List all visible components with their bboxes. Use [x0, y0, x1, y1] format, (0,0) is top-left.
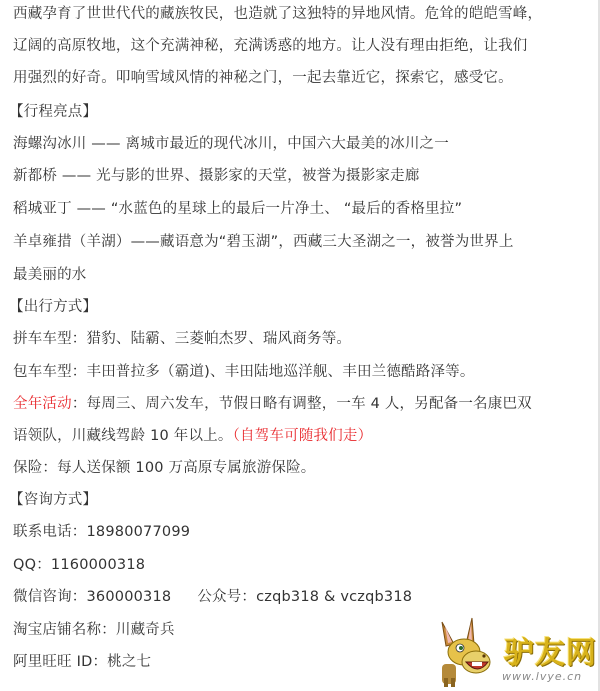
contact-official-account: 公众号：czqb318 & vczqb318 — [197, 589, 412, 605]
contact-wechat-row: 微信咨询：360000318公众号：czqb318 & vczqb318 — [13, 587, 412, 607]
intro-line: 西藏孕育了世世代代的藏族牧民，也造就了这独特的异地风情。危耸的皑皑雪峰， — [13, 4, 542, 24]
watermark-name: 驴友网 — [504, 628, 597, 672]
insurance-info: 保险：每人送保额 100 万高原专属旅游保险。 — [13, 458, 316, 478]
activity-text: ：每周三、周六发车，节假日略有调整，一车 4 人，另配备一名康巴双 — [72, 396, 532, 412]
section-heading-contact: 【咨询方式】 — [9, 490, 97, 510]
highlight-item: 羊卓雍措（羊湖）——藏语意为“碧玉湖”，西藏三大圣湖之一，被誉为世界上 — [13, 232, 514, 252]
highlight-item: 新都桥 —— 光与影的世界、摄影家的天堂，被誉为摄影家走廊 — [13, 166, 420, 186]
document-page: 西藏孕育了世世代代的藏族牧民，也造就了这独特的异地风情。危耸的皑皑雪峰， 辽阔的… — [0, 0, 600, 691]
year-round-activity: 全年活动：每周三、周六发车，节假日略有调整，一车 4 人，另配备一名康巴双 — [13, 394, 532, 414]
highlight-item: 最美丽的水 — [13, 265, 87, 285]
highlight-item: 稻城亚丁 —— “水蓝色的星球上的最后一片净土、 “最后的香格里拉” — [13, 199, 462, 219]
carpool-models: 拼车车型：猎豹、陆霸、三菱帕杰罗、瑞风商务等。 — [13, 329, 351, 349]
contact-qq: QQ：1160000318 — [13, 555, 145, 575]
activity-label: 全年活动 — [13, 396, 72, 412]
activity-continued: 语领队，川藏线驾龄 10 年以上。（自驾车可随我们走） — [13, 426, 372, 446]
section-heading-travel: 【出行方式】 — [9, 297, 97, 317]
contact-wechat: 微信咨询：360000318 — [13, 589, 171, 605]
watermark-url: www.lvye.cn — [502, 670, 582, 683]
activity-text-2: 语领队，川藏线驾龄 10 年以上。 — [13, 428, 233, 444]
donkey-mascot-icon — [432, 612, 502, 688]
contact-aliwangwang: 阿里旺旺 ID：桃之七 — [13, 652, 151, 672]
watermark-logo: 驴友网 www.lvye.cn — [432, 612, 598, 688]
highlight-item: 海螺沟冰川 —— 离城市最近的现代冰川，中国六大最美的冰川之一 — [13, 134, 449, 154]
intro-line: 用强烈的好奇。叩响雪域风情的神秘之门，一起去靠近它，探索它，感受它。 — [13, 68, 513, 88]
section-heading-highlights: 【行程亮点】 — [9, 102, 97, 122]
contact-phone: 联系电话：18980077099 — [13, 522, 190, 542]
self-drive-note: （自驾车可随我们走） — [233, 428, 373, 444]
charter-models: 包车车型：丰田普拉多（霸道)、丰田陆地巡洋舰、丰田兰德酷路泽等。 — [13, 362, 475, 382]
contact-taobao: 淘宝店铺名称：川藏奇兵 — [13, 620, 175, 640]
intro-line: 辽阔的高原牧地，这个充满神秘，充满诱惑的地方。让人没有理由拒绝，让我们 — [13, 36, 528, 56]
